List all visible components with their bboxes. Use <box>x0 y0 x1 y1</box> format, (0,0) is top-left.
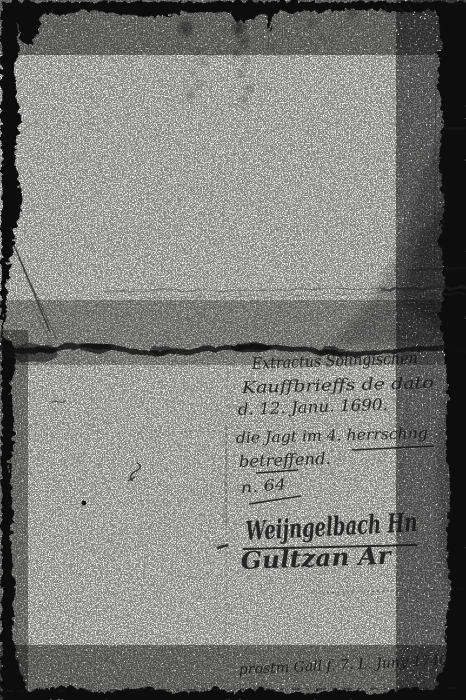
note-line-5: betreffend. <box>238 449 331 471</box>
ink-dot <box>82 501 87 506</box>
scan-canvas: Extractus Solingischen Kauffbrieffs de d… <box>0 0 466 700</box>
document-page: Extractus Solingischen Kauffbrieffs de d… <box>0 0 466 700</box>
